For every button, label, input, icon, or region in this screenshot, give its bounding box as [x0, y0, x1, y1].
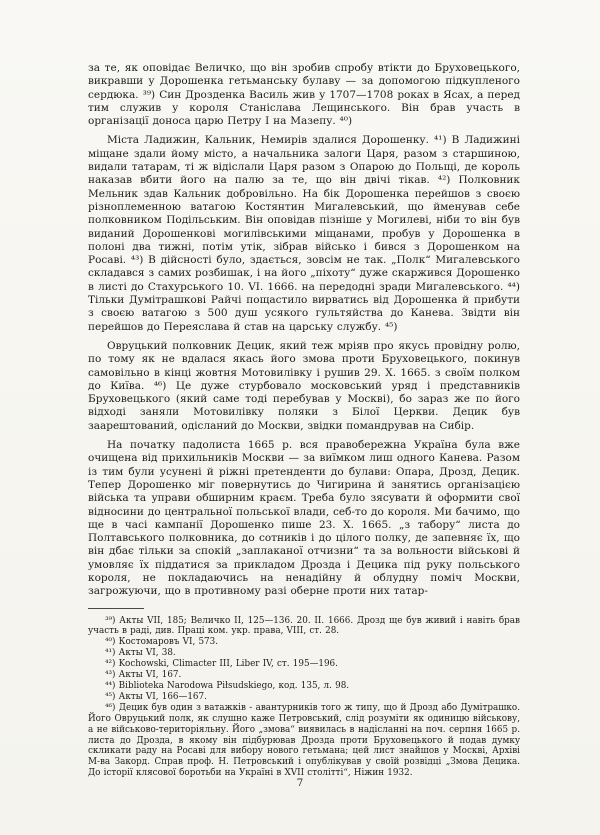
body-text-block: за те, як оповідає Величко, що він зроби… — [88, 62, 520, 779]
footnote: ³⁹) Акты VII, 185; Величко II, 125—136. … — [88, 616, 520, 638]
footnote: ⁴⁵) Акты VI, 166—167. — [88, 692, 520, 703]
paragraph: Овруцький полковник Децик, який теж мрія… — [88, 340, 520, 433]
footnote: ⁴⁶) Децик був один з ватажків - авантурн… — [88, 703, 520, 779]
footnote: ⁴³) Акты VI, 167. — [88, 670, 520, 681]
footnotes-block: ³⁹) Акты VII, 185; Величко II, 125—136. … — [88, 616, 520, 780]
book-page-scan: за те, як оповідає Величко, що він зроби… — [0, 0, 600, 835]
paragraph-continuation: за те, як оповідає Величко, що він зроби… — [88, 62, 520, 128]
footnote: ⁴²) Kochowski, Climacter III, Liber IV, … — [88, 659, 520, 670]
footnote: ⁴⁰) Костомаровъ VI, 573. — [88, 637, 520, 648]
paragraph: Міста Ладижин, Кальник, Немирів здалися … — [88, 134, 520, 333]
page-number: 7 — [0, 777, 600, 789]
paragraph: На початку падолиста 1665 р. вся правобе… — [88, 439, 520, 599]
footnote: ⁴⁴) Biblioteka Narodowa Piłsudskiego, ко… — [88, 681, 520, 692]
footnote-separator-rule — [88, 608, 144, 609]
footnote: ⁴¹) Акты VI, 38. — [88, 648, 520, 659]
